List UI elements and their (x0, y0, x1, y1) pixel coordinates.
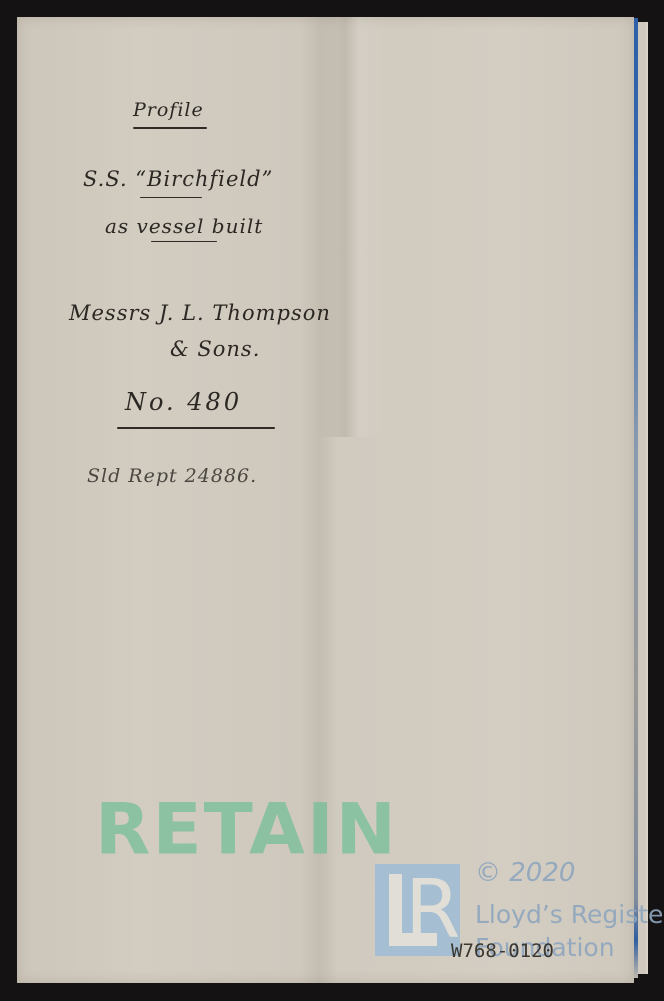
number-underline (117, 427, 275, 429)
builder-line-1: Messrs J. L. Thompson (69, 301, 331, 325)
vessel-name: S.S. “Birchfield” (83, 167, 273, 191)
paper-fold (317, 17, 387, 437)
lr-logo: R (375, 864, 460, 956)
watermark-copyright: © 2020 (475, 858, 575, 888)
watermark-org-line-1: Lloyd’s Register (475, 900, 664, 929)
document-page: Profile S.S. “Birchfield” as vessel buil… (17, 17, 634, 983)
vessel-underline (140, 197, 202, 198)
yard-number: No. 480 (125, 388, 242, 416)
heading-underline (133, 127, 207, 129)
retain-stamp: RETAIN (95, 788, 398, 870)
subtitle-text: as vessel built (105, 214, 263, 238)
heading-text: Profile (133, 99, 204, 121)
subtitle-underline (151, 241, 217, 242)
logo-r-glyph: R (405, 870, 461, 950)
archive-reference: W768-0120 (451, 940, 554, 962)
builder-line-2: & Sons. (170, 337, 260, 361)
report-reference: Sld Rept 24886. (87, 465, 257, 487)
